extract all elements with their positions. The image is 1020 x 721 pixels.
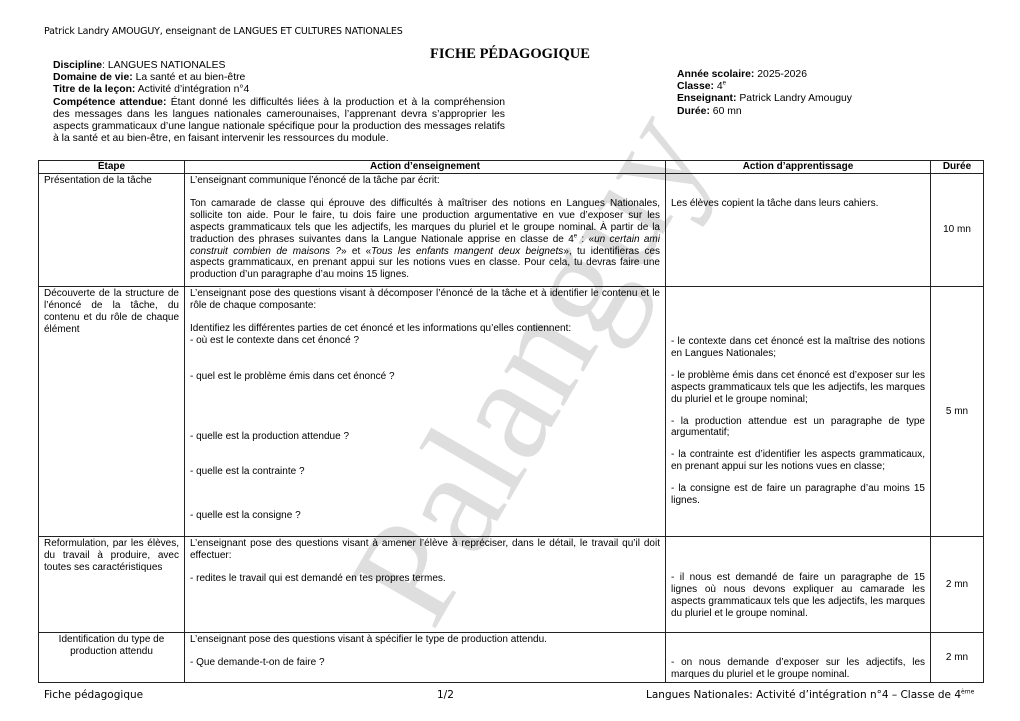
discipline-value: : LANGUES NATIONALES [102,60,225,71]
classe-field: Classe: 4e [677,81,977,93]
question-item: - redites le travail qui est demandé en … [190,573,660,585]
footer-right-sup: ème [961,689,974,696]
header-apprentissage: Action d’apprentissage [666,161,931,174]
competence-field: Compétence attendue: Étant donné les dif… [53,97,505,146]
question-item: - Que demande-t-on de faire ? [190,657,660,669]
apprentissage-cell: - il nous est demandé de faire un paragr… [666,537,931,633]
annee-field: Année scolaire: 2025-2026 [677,69,977,81]
discipline-field: Discipline: LANGUES NATIONALES [53,60,505,72]
table-row: Découverte de la structure de l’énoncé d… [39,287,984,537]
author-line: Patrick Landry AMOUGUY, enseignant de LA… [44,26,403,37]
lesson-meta-right: Année scolaire: 2025-2026 Classe: 4e Ens… [677,69,977,118]
classe-sup: e [723,81,726,87]
etape-cell: Reformulation, par les élèves, du travai… [39,537,185,633]
enseignement-intro: L’enseignant pose des questions visant à… [190,538,660,562]
duree-cell: 2 mn [931,633,984,683]
table-header-row: Étape Action d’enseignement Action d’app… [39,161,984,174]
domaine-label: Domaine de vie: [53,72,133,83]
enseignement-intro: L’enseignant pose des questions visant à… [190,634,660,646]
table-row: Identification du type de production att… [39,633,984,683]
titre-value: Activité d’intégration n°4 [135,84,249,95]
question-item: - quelle est la production attendue ? [190,431,660,443]
header-etape: Étape [39,161,185,174]
apprentissage-text: - on nous demande d’exposer sur les adje… [671,657,925,681]
table-row: Reformulation, par les élèves, du travai… [39,537,984,633]
question-item: - quelle est la consigne ? [190,510,660,522]
lesson-plan-table: Étape Action d’enseignement Action d’app… [38,160,984,683]
enseignement-sub: Identifiez les différentes parties de ce… [190,323,660,335]
apprentissage-cell: - on nous demande d’exposer sur les adje… [666,633,931,683]
task-text: » et « [341,246,371,257]
question-item: - où est le contexte dans cet énoncé ? [190,335,660,347]
duree-cell: 5 mn [931,287,984,537]
enseignant-field: Enseignant: Patrick Landry Amouguy [677,93,977,105]
titre-label: Titre de la leçon: [53,84,135,95]
etape-cell: Identification du type de production att… [39,633,185,683]
question-item: - quel est le problème émis dans cet éno… [190,371,660,383]
enseignant-label: Enseignant: [677,93,736,104]
competence-label: Compétence attendue: [53,97,166,108]
answer-item: - la contrainte est d’identifier les asp… [671,449,925,473]
lesson-meta-left: Discipline: LANGUES NATIONALES Domaine d… [53,60,505,145]
enseignement-cell: L’enseignant communique l’énoncé de la t… [185,174,666,287]
enseignement-intro: L’enseignant communique l’énoncé de la t… [190,175,660,187]
header-duree: Durée [931,161,984,174]
footer-right-text: Langues Nationales: Activité d’intégrati… [646,689,961,701]
discipline-label: Discipline [53,60,102,71]
apprentissage-text: - il nous est demandé de faire un paragr… [671,572,925,620]
annee-label: Année scolaire: [677,69,754,80]
enseignement-cell: L’enseignant pose des questions visant à… [185,287,666,537]
enseignement-cell: L’enseignant pose des questions visant à… [185,633,666,683]
domaine-field: Domaine de vie: La santé et au bien-être [53,72,505,84]
classe-value: 4 [714,81,723,92]
answer-item: - le problème émis dans cet énoncé est d… [671,370,925,406]
duree-field: Durée: 60 mn [677,106,977,118]
question-item: - quelle est la contrainte ? [190,466,660,478]
task-text: : « [577,234,594,245]
etape-cell: Découverte de la structure de l’énoncé d… [39,287,185,537]
page-number: 1/2 [437,689,454,701]
annee-value: 2025-2026 [754,69,807,80]
duree-cell: 2 mn [931,537,984,633]
task-sentence-2: Tous les enfants mangent deux beignets [371,246,563,257]
duree-cell: 10 mn [931,174,984,287]
footer-right: Langues Nationales: Activité d’intégrati… [646,689,974,701]
table-row: Présentation de la tâche L’enseignant co… [39,174,984,287]
enseignement-cell: L’enseignant pose des questions visant à… [185,537,666,633]
domaine-value: La santé et au bien-être [133,72,246,83]
classe-label: Classe: [677,81,714,92]
apprentissage-cell: - le contexte dans cet énoncé est la maî… [666,287,931,537]
task-statement: Ton camarade de classe qui éprouve des d… [190,198,660,281]
answer-item: - la production attendue est un paragrap… [671,416,925,440]
answer-item: - la consigne est de faire un paragraphe… [671,483,925,507]
apprentissage-text: Les élèves copient la tâche dans leurs c… [671,198,925,210]
header-enseignement: Action d’enseignement [185,161,666,174]
duree-value: 60 mn [710,106,742,117]
footer-left: Fiche pédagogique [44,689,143,701]
answer-item: - le contexte dans cet énoncé est la maî… [671,336,925,360]
apprentissage-cell: Les élèves copient la tâche dans leurs c… [666,174,931,287]
titre-field: Titre de la leçon: Activité d’intégratio… [53,84,505,96]
duree-label: Durée: [677,106,710,117]
etape-cell: Présentation de la tâche [39,174,185,287]
enseignant-value: Patrick Landry Amouguy [736,93,852,104]
enseignement-intro: L’enseignant pose des questions visant à… [190,288,660,312]
